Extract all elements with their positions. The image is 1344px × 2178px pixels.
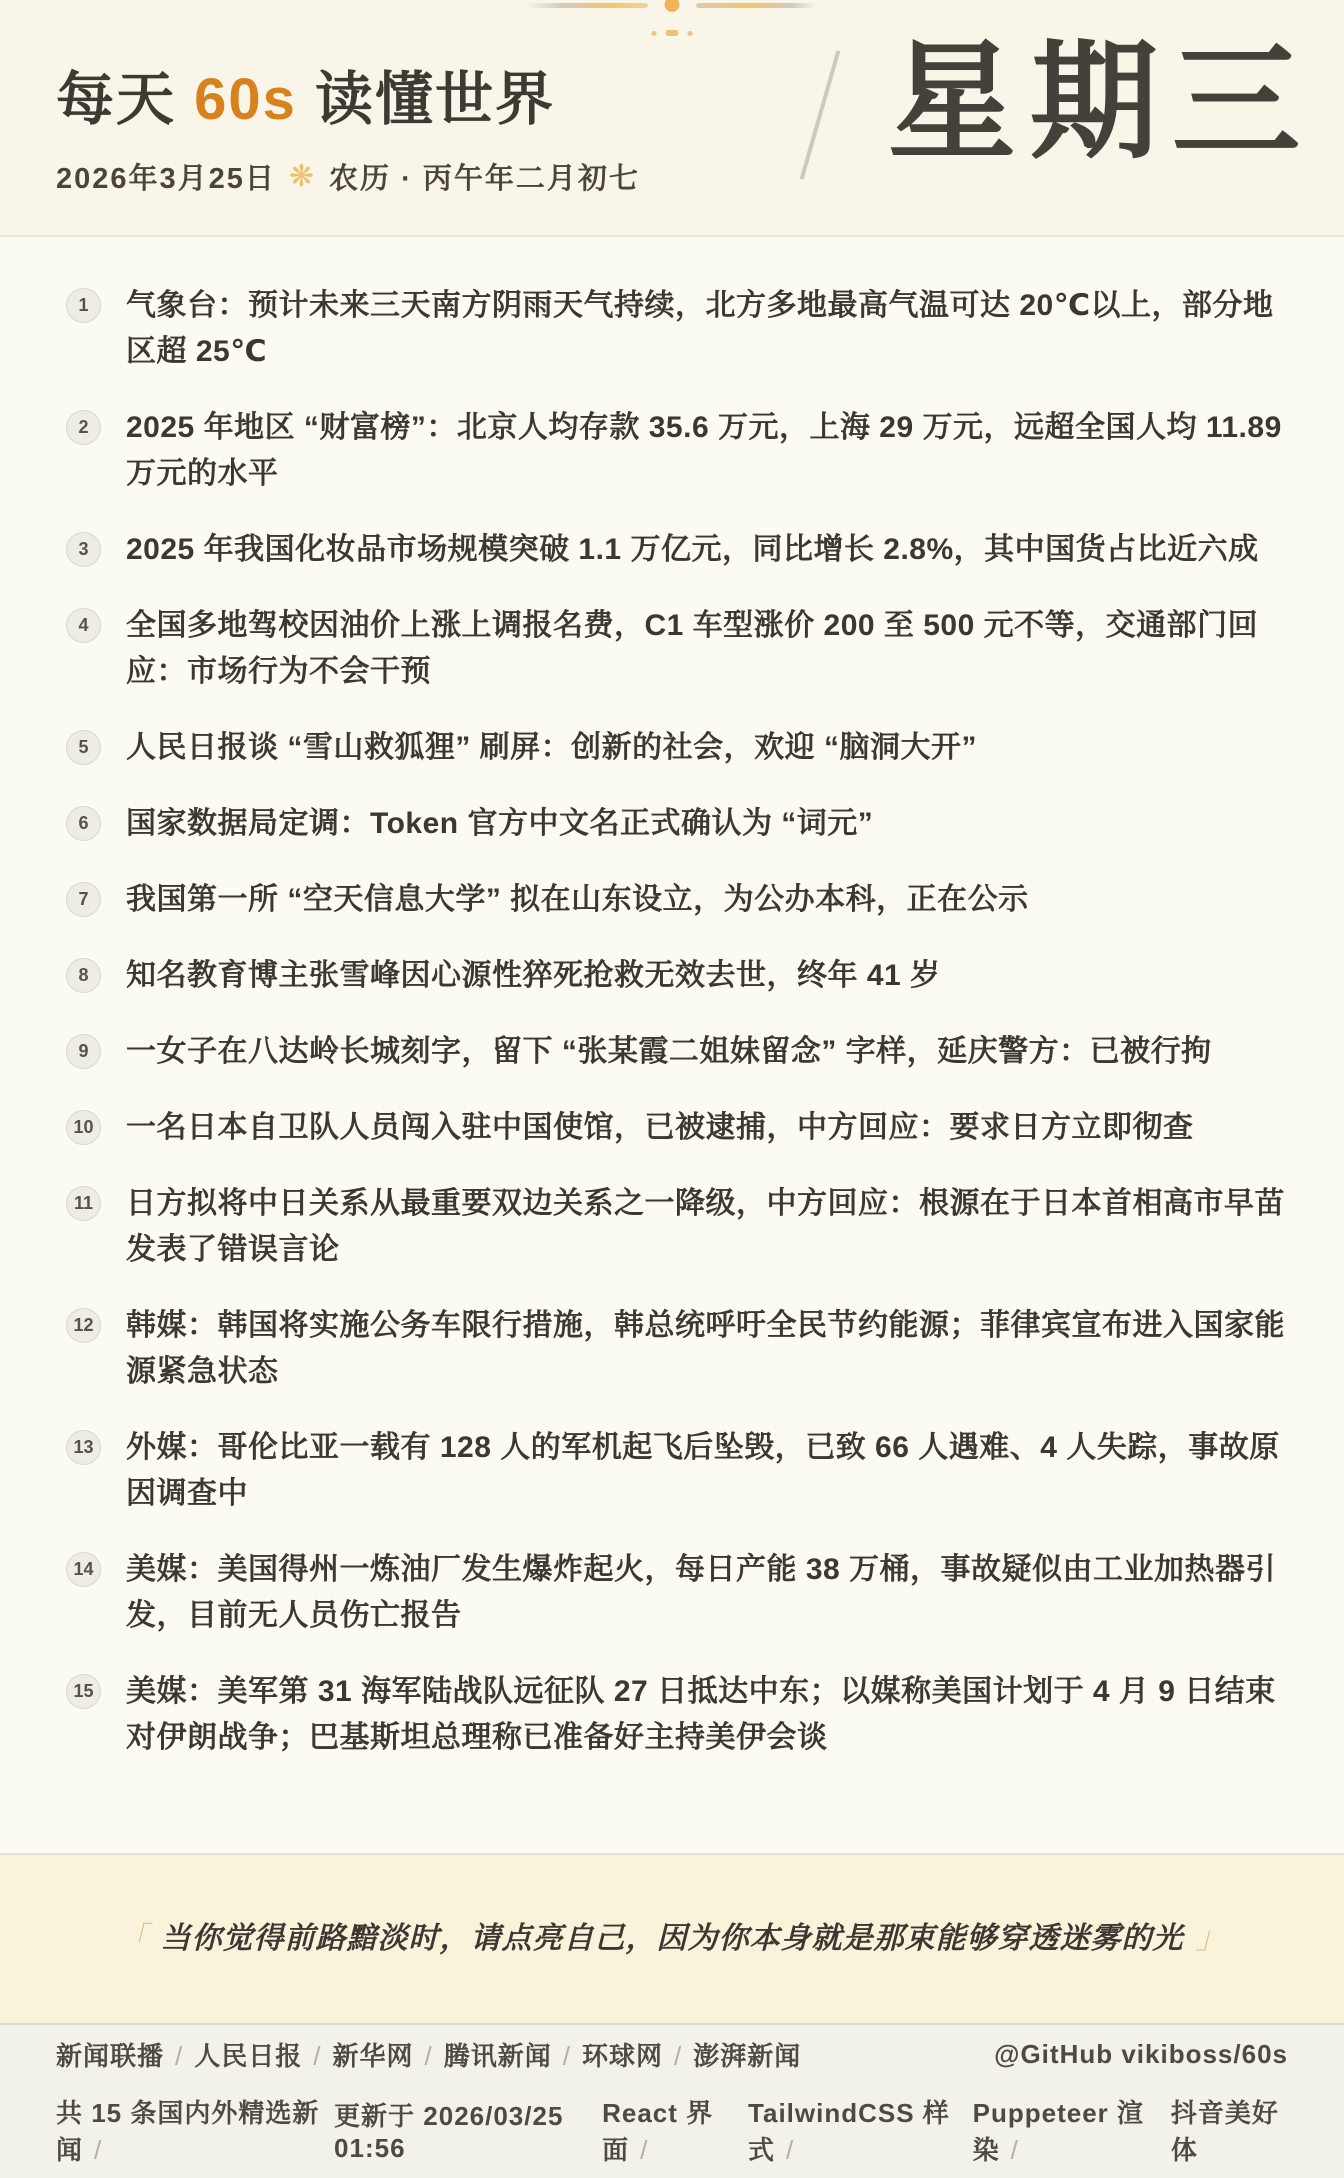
- news-item-text: 全国多地驾校因油价上涨上调报名费，C1 车型涨价 200 至 500 元不等，交…: [126, 603, 1300, 695]
- source-label: 新闻联播: [56, 2041, 164, 2071]
- news-list: 1 气象台：预计未来三天南方阴雨天气持续，北方多地最高气温可达 20℃以上，部分…: [66, 283, 1300, 1761]
- tech-label: 抖音美好体: [1171, 2098, 1279, 2165]
- news-item: 15 美媒：美军第 31 海军陆战队远征队 27 日抵达中东；以媒称美国计划于 …: [66, 1669, 1300, 1761]
- item-number-badge: 8: [66, 958, 101, 993]
- news-item: 12 韩媒：韩国将实施公务车限行措施，韩总统呼吁全民节约能源；菲律宾宣布进入国家…: [66, 1303, 1300, 1395]
- news-meta: 共 15 条国内外精选新闻/ 更新于 2026/03/25 01:56/: [56, 2093, 602, 2167]
- item-number-badge: 15: [66, 1674, 101, 1709]
- news-item: 9 一女子在八达岭长城刻字，留下 “张某霞二姐妹留念” 字样，延庆警方：已被行拘: [66, 1029, 1300, 1075]
- news-item-text: 一名日本自卫队人员闯入驻中国使馆，已被逮捕，中方回应：要求日方立即彻查: [126, 1105, 1194, 1151]
- source-segment: 澎湃新闻/: [693, 2036, 801, 2073]
- item-number-badge: 2: [66, 410, 101, 445]
- source-segment: 腾讯新闻/: [444, 2036, 582, 2073]
- news-item: 7 我国第一所 “空天信息大学” 拟在山东设立，为公办本科，正在公示: [66, 877, 1300, 923]
- meta-label: 更新于 2026/03/25 01:56: [334, 2101, 563, 2163]
- news-sources: 新闻联播/ 人民日报/ 新华网/ 腾讯新闻/ 环球网/ 澎湃新闻/: [56, 2036, 801, 2073]
- news-item-text: 美媒：美国得州一炼油厂发生爆炸起火，每日产能 38 万桶，事故疑似由工业加热器引…: [126, 1547, 1300, 1639]
- title-prefix: 每天: [56, 67, 194, 132]
- item-number-badge: 12: [66, 1308, 101, 1343]
- separator: /: [674, 2041, 682, 2071]
- source-label: 环球网: [582, 2041, 663, 2071]
- header-left: 每天 60s 读懂世界 2026年3月25日 ❋ 农历 · 丙午年二月初七: [56, 52, 640, 197]
- item-number-badge: 10: [66, 1110, 101, 1145]
- title-accent: 60s: [194, 67, 297, 132]
- github-credit: @GitHub vikiboss/60s: [994, 2039, 1288, 2070]
- source-label: 澎湃新闻: [693, 2041, 801, 2071]
- item-number-badge: 11: [66, 1186, 101, 1221]
- news-item: 3 2025 年我国化妆品市场规模突破 1.1 万亿元，同比增长 2.8%，其中…: [66, 527, 1300, 573]
- item-number-badge: 14: [66, 1552, 101, 1587]
- news-item-text: 国家数据局定调：Token 官方中文名正式确认为 “词元”: [126, 801, 873, 847]
- source-label: 腾讯新闻: [444, 2041, 552, 2071]
- footer: 新闻联播/ 人民日报/ 新华网/ 腾讯新闻/ 环球网/ 澎湃新闻/ @GitHu…: [0, 2023, 1344, 2178]
- news-item-text: 一女子在八达岭长城刻字，留下 “张某霞二姐妹留念” 字样，延庆警方：已被行拘: [126, 1029, 1212, 1075]
- news-item: 11 日方拟将中日关系从最重要双边关系之一降级，中方回应：根源在于日本首相高市早…: [66, 1181, 1300, 1273]
- news-item: 6 国家数据局定调：Token 官方中文名正式确认为 “词元”: [66, 801, 1300, 847]
- separator: /: [640, 2135, 648, 2165]
- asterisk-icon: ❋: [289, 159, 316, 194]
- item-number-badge: 6: [66, 806, 101, 841]
- footer-row-top: 新闻联播/ 人民日报/ 新华网/ 腾讯新闻/ 环球网/ 澎湃新闻/ @GitHu…: [56, 2036, 1288, 2073]
- item-number-badge: 5: [66, 730, 101, 765]
- news-item: 4 全国多地驾校因油价上涨上调报名费，C1 车型涨价 200 至 500 元不等…: [66, 603, 1300, 695]
- tech-segment: React 界面/: [602, 2093, 748, 2167]
- page-title: 每天 60s 读懂世界: [56, 52, 640, 136]
- tech-label: React 界面: [602, 2098, 713, 2165]
- tech-segment: 抖音美好体/: [1171, 2093, 1288, 2167]
- footer-row-bottom: 共 15 条国内外精选新闻/ 更新于 2026/03/25 01:56/ Rea…: [56, 2093, 1288, 2167]
- news-item: 1 气象台：预计未来三天南方阴雨天气持续，北方多地最高气温可达 20℃以上，部分…: [66, 283, 1300, 375]
- tech-segment: Puppeteer 渲染/: [973, 2093, 1171, 2167]
- daily-quote: 「当你觉得前路黯淡时，请点亮自己，因为你本身就是那束能够穿透迷雾的光」: [106, 1911, 1239, 1967]
- source-label: 新华网: [333, 2041, 414, 2071]
- separator: /: [563, 2041, 571, 2071]
- header: 每天 60s 读懂世界 2026年3月25日 ❋ 农历 · 丙午年二月初七 星期…: [0, 0, 1344, 237]
- source-segment: 新华网/: [333, 2036, 444, 2073]
- news-item-text: 气象台：预计未来三天南方阴雨天气持续，北方多地最高气温可达 20℃以上，部分地区…: [126, 283, 1300, 375]
- title-suffix: 读懂世界: [297, 67, 555, 132]
- item-number-badge: 13: [66, 1430, 101, 1465]
- news-item-text: 2025 年地区 “财富榜”：北京人均存款 35.6 万元，上海 29 万元，远…: [126, 405, 1300, 497]
- news-item-text: 我国第一所 “空天信息大学” 拟在山东设立，为公办本科，正在公示: [126, 877, 1029, 923]
- news-item-text: 人民日报谈 “雪山救狐狸” 刷屏：创新的社会，欢迎 “脑洞大开”: [126, 725, 977, 771]
- quote-close-bracket: 」: [1196, 1922, 1227, 1955]
- item-number-badge: 4: [66, 608, 101, 643]
- news-item: 2 2025 年地区 “财富榜”：北京人均存款 35.6 万元，上海 29 万元…: [66, 405, 1300, 497]
- lunar-date: 农历 · 丙午年二月初七: [329, 156, 640, 197]
- news-item-text: 外媒：哥伦比亚一载有 128 人的军机起飞后坠毁，已致 66 人遇难、4 人失踪…: [126, 1425, 1300, 1517]
- date-row: 2026年3月25日 ❋ 农历 · 丙午年二月初七: [56, 156, 640, 197]
- news-item: 5 人民日报谈 “雪山救狐狸” 刷屏：创新的社会，欢迎 “脑洞大开”: [66, 725, 1300, 771]
- tech-stack: React 界面/ TailwindCSS 样式/ Puppeteer 渲染/ …: [602, 2093, 1288, 2167]
- quote-open-bracket: 「: [118, 1922, 149, 1955]
- item-number-badge: 1: [66, 288, 101, 323]
- slash-divider: [800, 50, 841, 180]
- news-item-text: 知名教育博主张雪峰因心源性猝死抢救无效去世，终年 41 岁: [126, 953, 941, 999]
- tech-label: Puppeteer 渲染: [973, 2098, 1144, 2165]
- weekday-label: 星期三: [888, 26, 1314, 180]
- separator: /: [786, 2135, 794, 2165]
- tech-label: TailwindCSS 样式: [748, 2098, 950, 2165]
- item-number-badge: 3: [66, 532, 101, 567]
- separator: /: [175, 2041, 183, 2071]
- quote-text: 当你觉得前路黯淡时，请点亮自己，因为你本身就是那束能够穿透迷雾的光: [161, 1922, 1184, 1955]
- quote-section: 「当你觉得前路黯淡时，请点亮自己，因为你本身就是那束能够穿透迷雾的光」: [0, 1853, 1344, 2023]
- news-item: 13 外媒：哥伦比亚一载有 128 人的军机起飞后坠毁，已致 66 人遇难、4 …: [66, 1425, 1300, 1517]
- news-section: 1 气象台：预计未来三天南方阴雨天气持续，北方多地最高气温可达 20℃以上，部分…: [0, 237, 1344, 1853]
- news-item: 8 知名教育博主张雪峰因心源性猝死抢救无效去世，终年 41 岁: [66, 953, 1300, 999]
- separator: /: [425, 2041, 433, 2071]
- news-item-text: 韩媒：韩国将实施公务车限行措施，韩总统呼吁全民节约能源；菲律宾宣布进入国家能源紧…: [126, 1303, 1300, 1395]
- news-item-text: 日方拟将中日关系从最重要双边关系之一降级，中方回应：根源在于日本首相高市早苗发表…: [126, 1181, 1300, 1273]
- item-number-badge: 9: [66, 1034, 101, 1069]
- news-item-text: 2025 年我国化妆品市场规模突破 1.1 万亿元，同比增长 2.8%，其中国货…: [126, 527, 1259, 573]
- meta-segment: 更新于 2026/03/25 01:56/: [334, 2096, 602, 2164]
- news-item-text: 美媒：美军第 31 海军陆战队远征队 27 日抵达中东；以媒称美国计划于 4 月…: [126, 1669, 1300, 1761]
- source-segment: 环球网/: [582, 2036, 693, 2073]
- source-segment: 新闻联播/: [56, 2036, 194, 2073]
- gregorian-date: 2026年3月25日: [56, 156, 276, 197]
- news-digest-card: 每天 60s 读懂世界 2026年3月25日 ❋ 农历 · 丙午年二月初七 星期…: [0, 0, 1344, 2178]
- separator: /: [94, 2135, 102, 2165]
- separator: /: [1011, 2135, 1019, 2165]
- item-number-badge: 7: [66, 882, 101, 917]
- source-segment: 人民日报/: [194, 2036, 332, 2073]
- source-label: 人民日报: [194, 2041, 302, 2071]
- news-item: 10 一名日本自卫队人员闯入驻中国使馆，已被逮捕，中方回应：要求日方立即彻查: [66, 1105, 1300, 1151]
- tech-segment: TailwindCSS 样式/: [748, 2093, 973, 2167]
- separator: /: [313, 2041, 321, 2071]
- meta-segment: 共 15 条国内外精选新闻/: [56, 2093, 334, 2167]
- news-item: 14 美媒：美国得州一炼油厂发生爆炸起火，每日产能 38 万桶，事故疑似由工业加…: [66, 1547, 1300, 1639]
